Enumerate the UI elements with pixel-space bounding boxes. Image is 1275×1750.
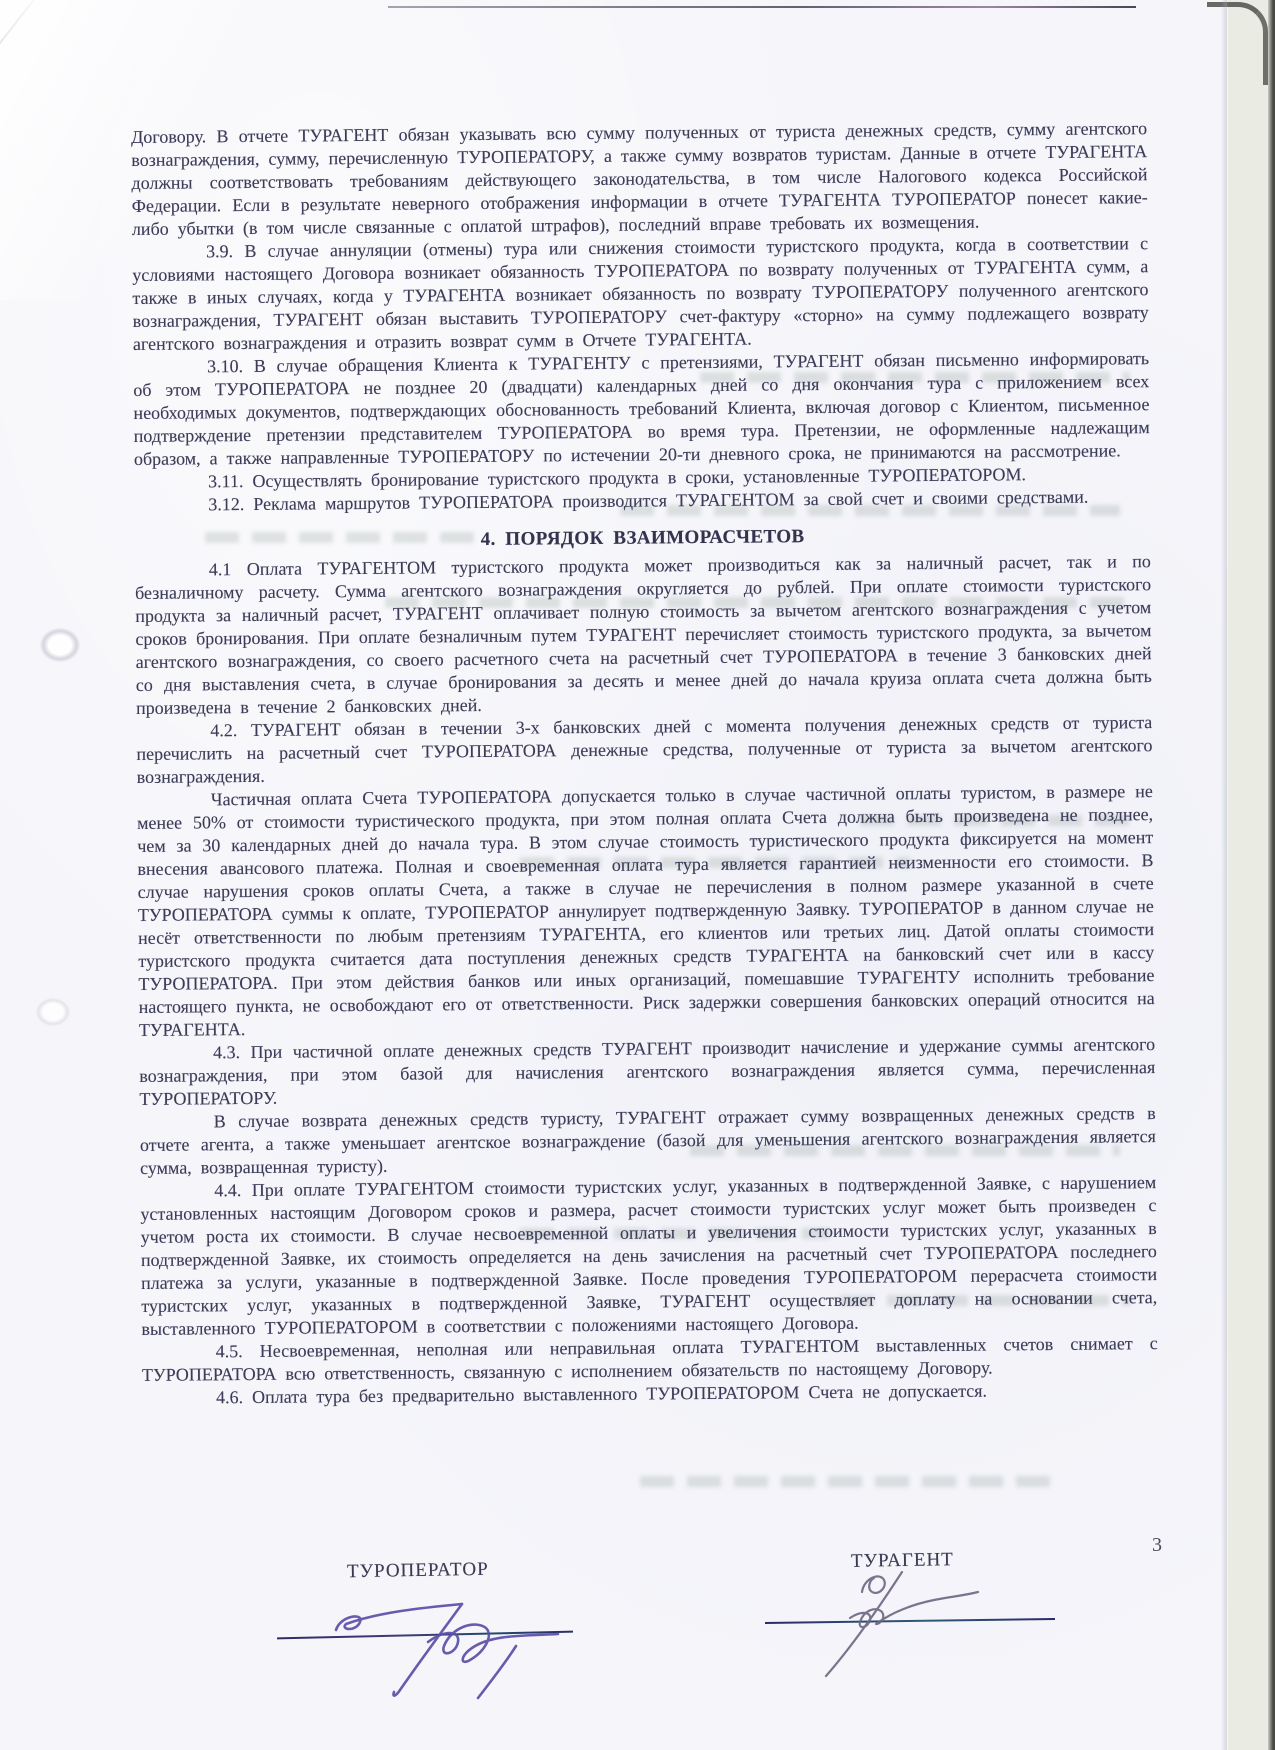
paragraph-partial-payment: Частичная оплата Счета ТУРОПЕРАТОРА допу… xyxy=(137,780,1155,1042)
paragraph-3-9: 3.9. В случае аннуляции (отмены) тура ил… xyxy=(132,232,1149,356)
scan-edge-artifact xyxy=(388,6,1136,8)
paper-right-edge-shadow xyxy=(1221,0,1227,1750)
contract-text-block: Договору. В отчете ТУРАГЕНТ обязан указы… xyxy=(131,117,1158,1410)
hole-punch-mark xyxy=(40,628,80,662)
scan-right-border xyxy=(1268,0,1275,1750)
tour-agent-signature-line xyxy=(765,1618,1055,1624)
page-number: 3 xyxy=(1152,1534,1162,1557)
hole-punch-mark xyxy=(36,998,70,1026)
paragraph-4-2: 4.2. ТУРАГЕНТ обязан в течении 3-х банко… xyxy=(136,711,1153,789)
tour-agent-signature-ink xyxy=(810,1566,1010,1686)
section-4-heading: 4. ПОРЯДОК ВЗАИМОРАСЧЕТОВ xyxy=(135,522,1151,554)
scanned-contract-page: Договору. В отчете ТУРАГЕНТ обязан указы… xyxy=(0,0,1275,1750)
tour-operator-signature-line xyxy=(277,1631,573,1640)
paragraph-4-4: 4.4. При оплате ТУРАГЕНТОМ стоимости тур… xyxy=(140,1171,1157,1341)
sleeve-corner-edge xyxy=(1207,2,1268,85)
paragraph-3-10: 3.10. В случае обращения Клиента к ТУРАГ… xyxy=(133,347,1150,471)
tour-operator-signature-ink xyxy=(320,1586,580,1711)
tour-operator-label: ТУРОПЕРАТОР xyxy=(347,1559,489,1583)
paragraph-agent-report: Договору. В отчете ТУРАГЕНТ обязан указы… xyxy=(131,117,1148,241)
paragraph-4-1: 4.1 Оплата ТУРАГЕНТОМ туристского продук… xyxy=(135,550,1152,720)
paragraph-refund: В случае возврата денежных средств турис… xyxy=(140,1102,1157,1180)
tour-agent-label: ТУРАГЕНТ xyxy=(851,1549,954,1573)
paper-crease-line xyxy=(0,0,50,241)
bleed-through-text xyxy=(640,1476,1050,1487)
paragraph-4-3: 4.3. При частичной оплате денежных средс… xyxy=(139,1033,1156,1111)
